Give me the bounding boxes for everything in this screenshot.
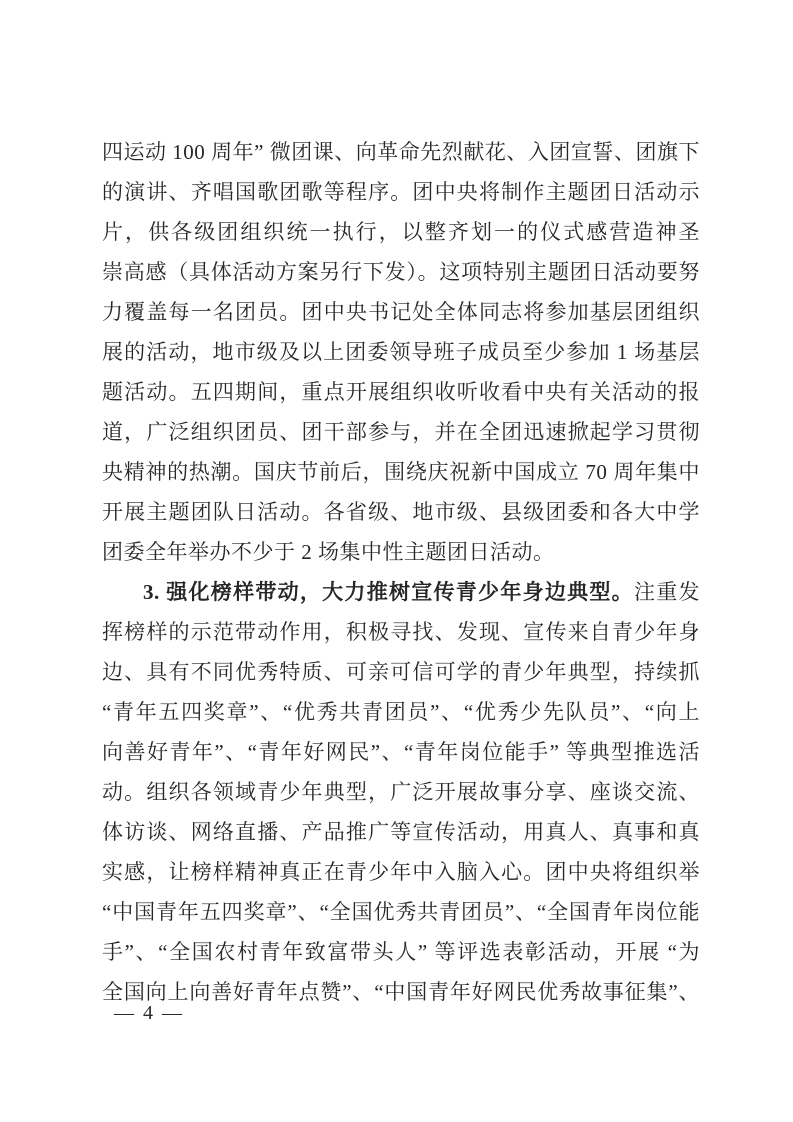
text-line: “中国青年五四奖章”、“全国优秀共青团员”、“全国青年岗位能 bbox=[102, 892, 700, 932]
section-3-heading-bold: 3. 强化榜样带动，大力推树宣传青少年身边典型。 bbox=[143, 580, 634, 604]
text-line: 崇高感（具体活动方案另行下发）。这项特别主题团日活动要努 bbox=[102, 252, 700, 292]
text-line: 实感，让榜样精神真正在青少年中入脑入心。团中央将组织举办 bbox=[102, 852, 700, 892]
text-line: 开展主题团队日活动。各省级、地市级、县级团委和各大中学校 bbox=[102, 492, 700, 532]
text-line: 题活动。五四期间，重点开展组织收听收看中央有关活动的报 bbox=[102, 372, 700, 412]
text-line: 央精神的热潮。国庆节前后，围绕庆祝新中国成立 70 周年集中 bbox=[102, 452, 700, 492]
text-line: 手”、“全国农村青年致富带头人” 等评选表彰活动，开展 “为 bbox=[102, 932, 700, 972]
text-line: 体访谈、网络直播、产品推广等宣传活动，用真人、真事和真情 bbox=[102, 812, 700, 852]
text-line: 边、具有不同优秀特质、可亲可信可学的青少年典型，持续抓好 bbox=[102, 652, 700, 692]
text-line: 全国向上向善好青年点赞”、“中国青年好网民优秀故事征集”、 bbox=[102, 972, 700, 1012]
text-line: 动。组织各领域青少年典型，广泛开展故事分享、座谈交流、媒 bbox=[102, 772, 700, 812]
document-text-area: 四运动 100 周年” 微团课、向革命先烈献花、入团宣誓、团旗下 的演讲、齐唱国… bbox=[102, 132, 700, 1012]
text-line: 力覆盖每一名团员。团中央书记处全体同志将参加基层团组织开 bbox=[102, 292, 700, 332]
section-3-heading-tail: 注重发 bbox=[634, 580, 700, 604]
page-number: — 4 — bbox=[114, 1000, 184, 1026]
text-line: 的演讲、齐唱国歌团歌等程序。团中央将制作主题团日活动示范 bbox=[102, 172, 700, 212]
text-line: 道，广泛组织团员、团干部参与，并在全团迅速掀起学习贯彻中 bbox=[102, 412, 700, 452]
section-3-heading-line: 3. 强化榜样带动，大力推树宣传青少年身边典型。注重发 bbox=[102, 572, 700, 612]
text-line: 展的活动，地市级及以上团委领导班子成员至少参加 1 场基层主 bbox=[102, 332, 700, 372]
text-line: 四运动 100 周年” 微团课、向革命先烈献花、入团宣誓、团旗下 bbox=[102, 132, 700, 172]
text-line: “青年五四奖章”、“优秀共青团员”、“优秀少先队员”、“向上 bbox=[102, 692, 700, 732]
text-line: 向善好青年”、“青年好网民”、“青年岗位能手” 等典型推选活 bbox=[102, 732, 700, 772]
text-line: 挥榜样的示范带动作用，积极寻找、发现、宣传来自青少年身 bbox=[102, 612, 700, 652]
text-line: 团委全年举办不少于 2 场集中性主题团日活动。 bbox=[102, 532, 700, 572]
text-line: 片，供各级团组织统一执行，以整齐划一的仪式感营造神圣感、 bbox=[102, 212, 700, 252]
document-sheet: 四运动 100 周年” 微团课、向革命先烈献花、入团宣誓、团旗下 的演讲、齐唱国… bbox=[0, 0, 793, 1122]
